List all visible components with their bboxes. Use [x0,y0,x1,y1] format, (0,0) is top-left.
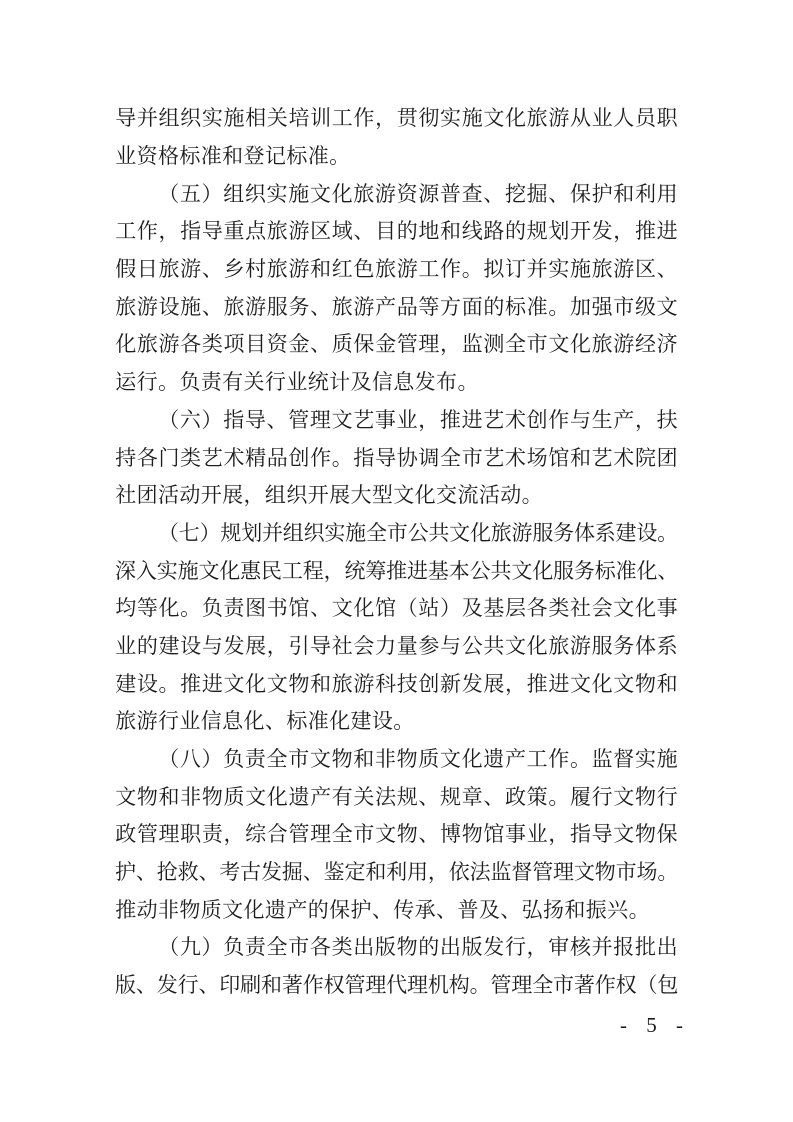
text-line: 化旅游各类项目资金、质保金管理，监测全市文化旅游经济 [115,326,678,364]
text-line: 持各门类艺术精品创作。指导协调全市艺术场馆和艺术院团 [115,439,678,477]
text-line: 旅游设施、旅游服务、旅游产品等方面的标准。加强市级文 [115,288,678,326]
text-line: 政管理职责，综合管理全市文物、博物馆事业，指导文物保 [115,816,678,854]
text-line: 运行。负责有关行业统计及信息发布。 [115,364,678,402]
text-line: 旅游行业信息化、标准化建设。 [115,703,678,741]
text-line: 均等化。负责图书馆、文化馆（站）及基层各类社会文化事 [115,590,678,628]
text-line: 版、发行、印刷和著作权管理代理机构。管理全市著作权（包 [115,967,678,1005]
text-line: （七）规划并组织实施全市公共文化旅游服务体系建设。 [115,515,678,553]
page-number: - 5 - [620,1013,690,1038]
text-line: 社团活动开展，组织开展大型文化交流活动。 [115,477,678,515]
text-line: 深入实施文化惠民工程，统筹推进基本公共文化服务标准化、 [115,552,678,590]
document-page: 导并组织实施相关培训工作，贯彻实施文化旅游从业人员职业资格标准和登记标准。（五）… [0,0,793,1122]
text-line: （八）负责全市文物和非物质文化遗产工作。监督实施 [115,741,678,779]
text-line: （九）负责全市各类出版物的出版发行，审核并报批出 [115,929,678,967]
text-line: 工作，指导重点旅游区域、目的地和线路的规划开发，推进 [115,213,678,251]
text-line: 推动非物质文化遗产的保护、传承、普及、弘扬和振兴。 [115,891,678,929]
text-line: 业资格标准和登记标准。 [115,138,678,176]
text-line: 护、抢救、考古发掘、鉴定和利用，依法监督管理文物市场。 [115,854,678,892]
text-line: 导并组织实施相关培训工作，贯彻实施文化旅游从业人员职 [115,100,678,138]
text-line: 业的建设与发展，引导社会力量参与公共文化旅游服务体系 [115,628,678,666]
text-line: 文物和非物质文化遗产有关法规、规章、政策。履行文物行 [115,778,678,816]
text-line: （六）指导、管理文艺事业，推进艺术创作与生产，扶 [115,402,678,440]
document-body: 导并组织实施相关培训工作，贯彻实施文化旅游从业人员职业资格标准和登记标准。（五）… [115,100,678,1005]
text-line: （五）组织实施文化旅游资源普查、挖掘、保护和利用 [115,175,678,213]
text-line: 建设。推进文化文物和旅游科技创新发展，推进文化文物和 [115,665,678,703]
text-line: 假日旅游、乡村旅游和红色旅游工作。拟订并实施旅游区、 [115,251,678,289]
